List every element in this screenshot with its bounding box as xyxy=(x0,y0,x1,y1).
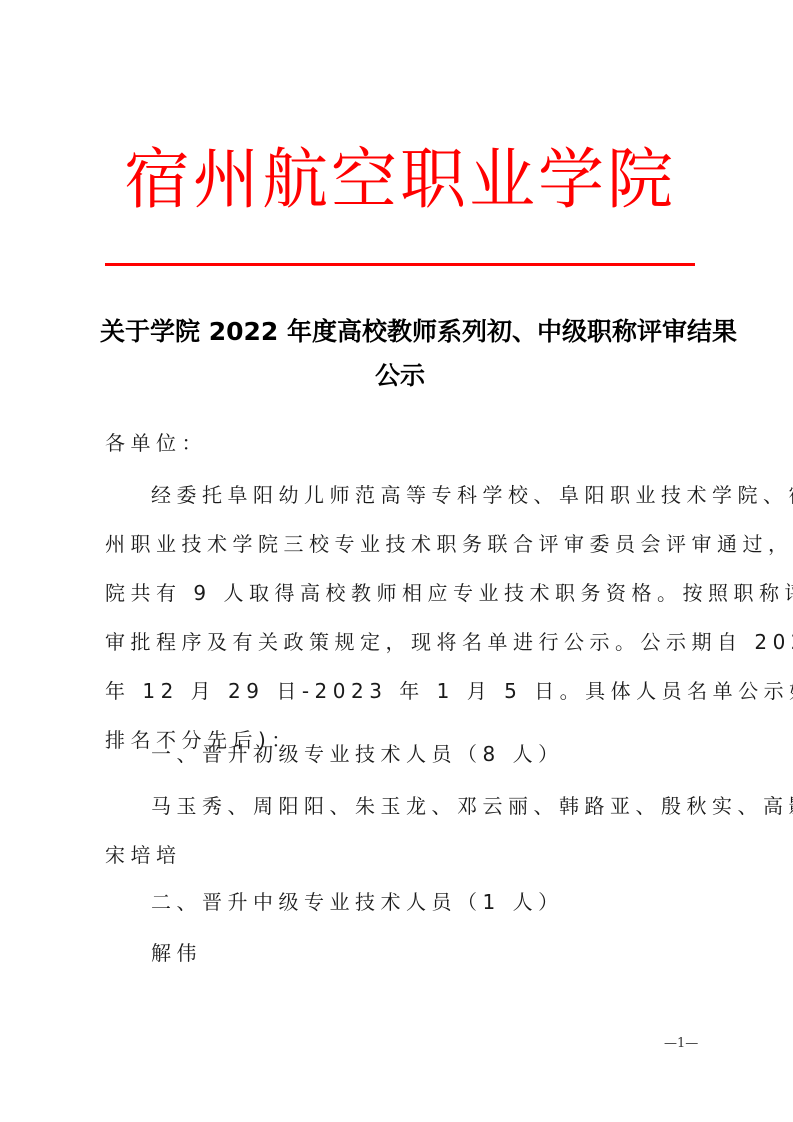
names-line: 马玉秀、周阳阳、朱玉龙、邓云丽、韩路亚、殷秋实、高影、 xyxy=(105,785,697,827)
section-1: 一、晋升初级专业技术人员（8 人） xyxy=(105,733,697,775)
paragraph-line: 经委托阜阳幼儿师范高等专科学校、阜阳职业技术学院、宿 xyxy=(105,474,697,516)
document-title: 关于学院 2022 年度高校教师系列初、中级职称评审结果 公示 xyxy=(100,310,700,398)
main-paragraph: 经委托阜阳幼儿师范高等专科学校、阜阳职业技术学院、宿 州职业技术学院三校专业技术… xyxy=(105,474,697,761)
document-title-line-2: 公示 xyxy=(100,354,700,398)
section-2-names: 解伟 xyxy=(105,932,697,974)
salutation: 各单位： xyxy=(105,422,697,464)
names-line: 解伟 xyxy=(105,932,697,974)
section-1-names: 马玉秀、周阳阳、朱玉龙、邓云丽、韩路亚、殷秋实、高影、 宋培培 xyxy=(105,785,697,876)
section-heading: 二、晋升中级专业技术人员（1 人） xyxy=(105,881,697,923)
section-2: 二、晋升中级专业技术人员（1 人） xyxy=(105,881,697,923)
red-divider-rule xyxy=(105,263,695,266)
institution-masthead: 宿州航空职业学院 xyxy=(105,140,695,220)
document-title-line-1: 关于学院 2022 年度高校教师系列初、中级职称评审结果 xyxy=(100,310,700,354)
paragraph-line: 年 12 月 29 日-2023 年 1 月 5 日。具体人员名单公示如下(以下 xyxy=(105,670,697,712)
paragraph-line: 州职业技术学院三校专业技术职务联合评审委员会评审通过，学 xyxy=(105,523,697,565)
document-page: 宿州航空职业学院 关于学院 2022 年度高校教师系列初、中级职称评审结果 公示… xyxy=(0,0,793,1122)
paragraph-line: 审批程序及有关政策规定，现将名单进行公示。公示期自 2022 xyxy=(105,621,697,663)
section-heading: 一、晋升初级专业技术人员（8 人） xyxy=(105,733,697,775)
salutation-text: 各单位： xyxy=(105,422,697,464)
page-number: —1— xyxy=(664,1036,698,1051)
names-line: 宋培培 xyxy=(105,834,697,876)
paragraph-line: 院共有 9 人取得高校教师相应专业技术职务资格。按照职称评审 xyxy=(105,572,697,614)
